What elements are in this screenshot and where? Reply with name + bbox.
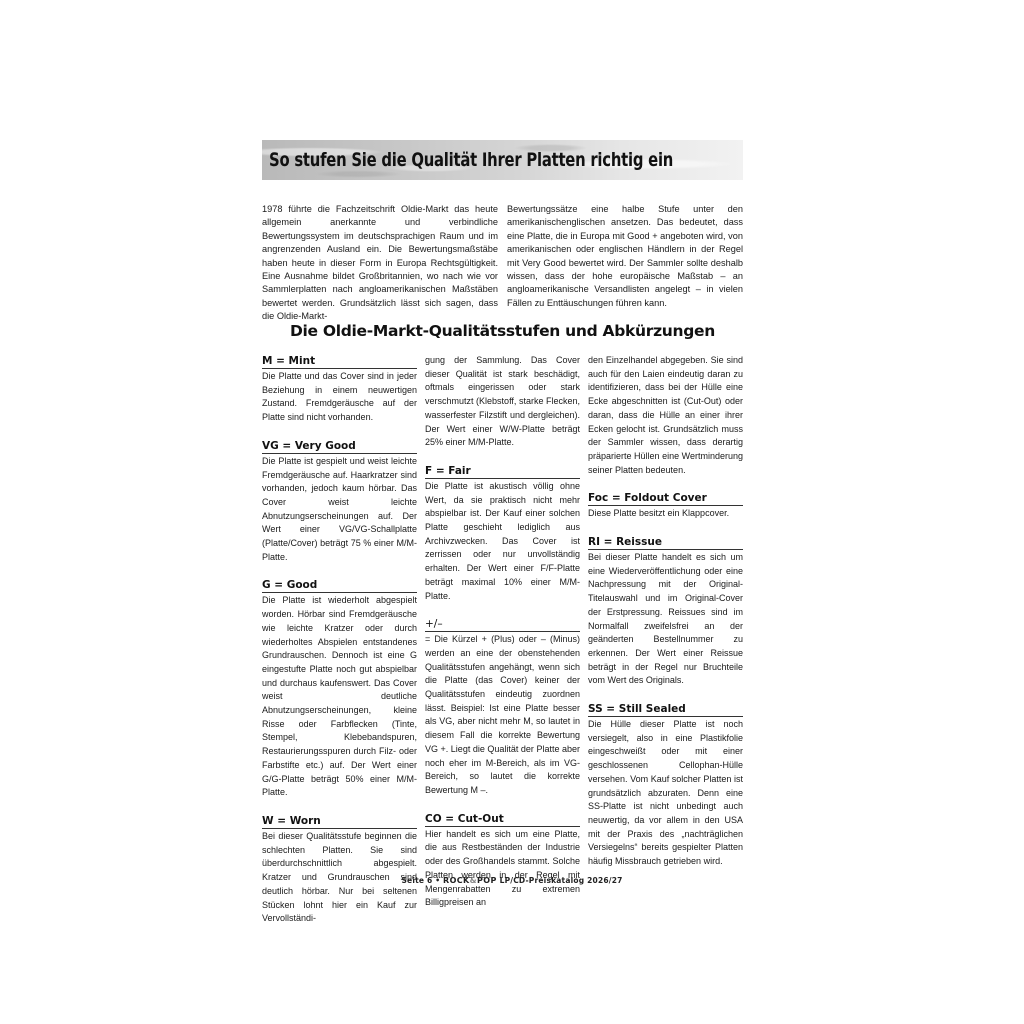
entry-text: Die Platte ist akustisch völlig ohne Wer… [425, 480, 580, 603]
entry-good: G = Good Die Platte ist wiederholt abges… [262, 578, 417, 800]
grades-columns: M = Mint Die Platte und das Cover sind i… [262, 354, 743, 940]
entry-text: Die Hülle dieser Platte ist noch versieg… [588, 718, 743, 869]
entry-text: Die Platte ist wiederholt abgespielt wor… [262, 594, 417, 800]
entry-heading: G = Good [262, 578, 417, 593]
entry-heading: SS = Still Sealed [588, 702, 743, 717]
entry-worn: W = Worn Bei dieser Qualitätsstufe begin… [262, 814, 417, 926]
brand-pop: POP [477, 876, 497, 885]
brand-rock: ROCK [443, 876, 470, 885]
entry-heading: CO = Cut-Out [425, 812, 580, 827]
entry-heading: Foc = Foldout Cover [588, 491, 743, 506]
title-banner: So stufen Sie die Qualität Ihrer Platten… [262, 140, 743, 180]
entry-reissue: RI = Reissue Bei dieser Platte handelt e… [588, 535, 743, 688]
section-title: Die Oldie-Markt-Qualitätsstufen und Abkü… [262, 322, 743, 340]
entry-mint: M = Mint Die Platte und das Cover sind i… [262, 354, 417, 425]
entry-cut-out: CO = Cut-Out Hier handelt es sich um ein… [425, 812, 580, 910]
entry-heading: W = Worn [262, 814, 417, 829]
brand-logo: ROCK&POP [443, 876, 497, 885]
intro-text: 1978 führte die Fachzeitschrift Oldie-Ma… [262, 203, 743, 324]
intro-column-2: Bewertungssätze eine halbe Stufe unter d… [507, 203, 743, 324]
entry-heading: RI = Reissue [588, 535, 743, 550]
entry-text: = Die Kürzel + (Plus) oder – (Minus) wer… [425, 633, 580, 797]
page-footer: Seite 6 • ROCK&POP LP/CD-Preiskatalog 20… [0, 876, 1024, 885]
column-2: gung der Sammlung. Das Cover dieser Qual… [425, 354, 580, 940]
page-number: Seite 6 • [401, 876, 440, 885]
entry-heading: +/– [425, 617, 580, 632]
entry-worn-continued: gung der Sammlung. Das Cover dieser Qual… [425, 354, 580, 450]
entry-text: Diese Platte besitzt ein Klappcover. [588, 507, 743, 521]
entry-heading: VG = Very Good [262, 439, 417, 454]
entry-fair: F = Fair Die Platte ist akustisch völlig… [425, 464, 580, 603]
entry-cut-out-continued: den Einzelhandel abgegeben. Sie sind auc… [588, 354, 743, 477]
page-title: So stufen Sie die Qualität Ihrer Platten… [269, 149, 673, 171]
catalog-name: LP/CD-Preiskatalog 2026/27 [500, 876, 623, 885]
entry-very-good: VG = Very Good Die Platte ist gespielt u… [262, 439, 417, 565]
entry-text: Die Platte ist gespielt und weist leicht… [262, 455, 417, 565]
entry-text: Bei dieser Platte handelt es sich um ein… [588, 551, 743, 688]
column-1: M = Mint Die Platte und das Cover sind i… [262, 354, 417, 940]
intro-column-1: 1978 führte die Fachzeitschrift Oldie-Ma… [262, 203, 498, 324]
entry-heading: M = Mint [262, 354, 417, 369]
entry-still-sealed: SS = Still Sealed Die Hülle dieser Platt… [588, 702, 743, 869]
entry-text: Die Platte und das Cover sind in jeder B… [262, 370, 417, 425]
entry-text: Hier handelt es sich um eine Platte, die… [425, 828, 580, 910]
brand-ampersand: & [470, 876, 477, 885]
entry-foldout-cover: Foc = Foldout Cover Diese Platte besitzt… [588, 491, 743, 521]
entry-heading: F = Fair [425, 464, 580, 479]
entry-plus-minus: +/– = Die Kürzel + (Plus) oder – (Minus)… [425, 617, 580, 797]
column-3: den Einzelhandel abgegeben. Sie sind auc… [588, 354, 743, 940]
